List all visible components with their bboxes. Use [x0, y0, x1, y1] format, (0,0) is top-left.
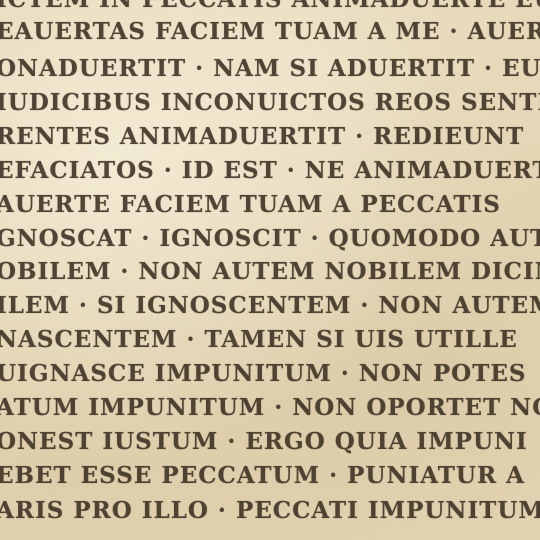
text-line: ONEST IUSTUM · ERGO QUIA IMPUNI: [0, 428, 528, 455]
text-line: ATUM IMPUNITUM · NON OPORTET NON: [0, 394, 540, 421]
text-line: ICTEM IN PECCATIS ANIMADUERTE EUAE: [0, 0, 540, 13]
text-line: ONADUERTIT · NAM SI ADUERTIT · EUE: [0, 55, 540, 82]
text-line: OBILEM · NON AUTEM NOBILEM DICIM: [0, 258, 540, 285]
text-line: UIGNASCE IMPUNITUM · NON POTES: [0, 360, 526, 387]
text-line: EBET ESSE PECCATUM · PUNIATUR A: [0, 462, 525, 489]
text-line: ILEM · SI IGNOSCENTEM · NON AUTEM N: [0, 292, 540, 319]
text-line: EFACIATOS · ID EST · NE ANIMADUERTIA: [0, 157, 540, 184]
text-line: EAUERTAS FACIEM TUAM A ME · AUER: [0, 18, 540, 45]
text-line: RENTES ANIMADUERTIT · REDIEUNT: [0, 123, 524, 150]
text-line: NASCENTEM · TAMEN SI UIS UTILLE: [0, 326, 518, 353]
text-line: GNOSCAT · IGNOSCIT · QUOMODO AUTE: [0, 225, 540, 252]
text-line: IUDICIBUS INCONUICTOS REOS SENTEN: [0, 89, 540, 116]
text-line: AUERTE FACIEM TUAM A PECCATIS: [0, 191, 501, 218]
manuscript-page: ICTEM IN PECCATIS ANIMADUERTE EUAE EAUER…: [0, 0, 540, 540]
text-line: ARIS PRO ILLO · PECCATI IMPUNITUM LU: [0, 497, 540, 524]
